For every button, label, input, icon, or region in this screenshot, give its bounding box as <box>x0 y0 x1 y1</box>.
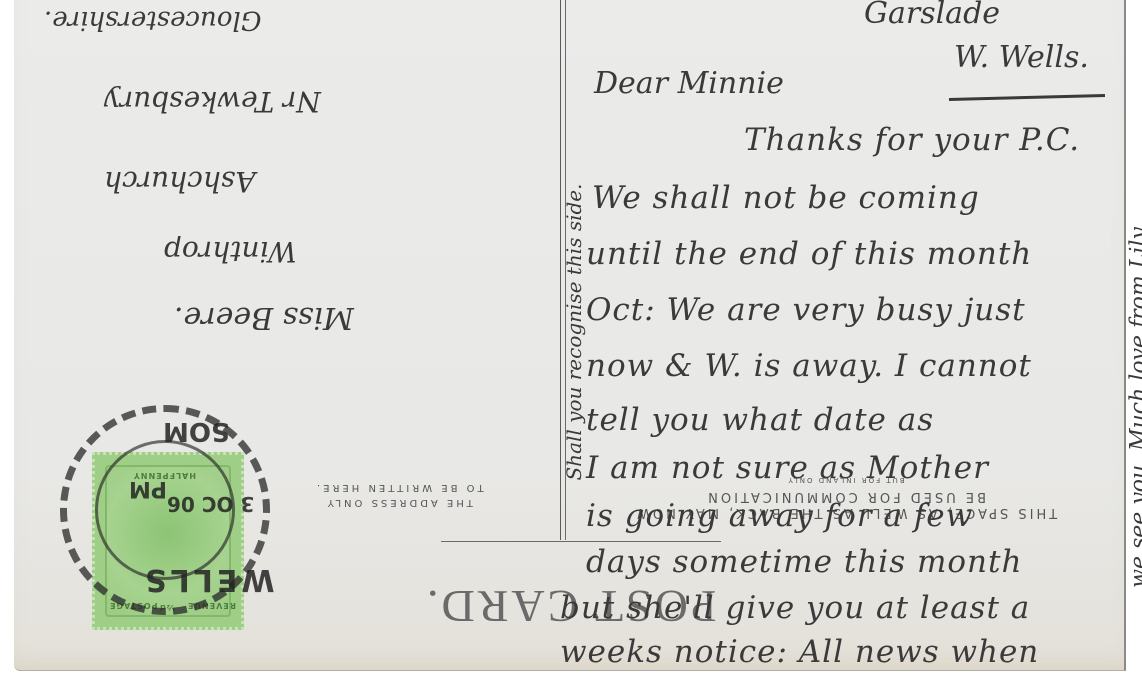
message-line: Oct: We are very busy just <box>586 292 1026 328</box>
address-village: Ashchurch <box>104 165 255 198</box>
message-line: until the end of this month <box>586 236 1032 272</box>
address-town: Nr Tewkesbury <box>104 85 321 118</box>
address-notice-line2: TO BE WRITTEN HERE. <box>314 480 484 495</box>
margin-note-left: Shall you recognise this side. <box>562 72 586 592</box>
sender-place: Garslade <box>864 0 1000 31</box>
sender-underline <box>949 94 1105 101</box>
postmark-time: PM <box>129 476 167 501</box>
address-county: Gloucestershire. <box>44 5 262 35</box>
postmark-town: WELLS <box>141 562 274 597</box>
postmark-date: 3 OC 06 <box>167 492 254 516</box>
address-notice-line1: THE ADDRESS ONLY <box>314 495 484 510</box>
postmark-cancel: WELLS SOM PM 3 OC 06 <box>60 405 270 615</box>
message-line: weeks notice: All news when <box>560 634 1039 670</box>
postcard-back: POST CARD. THE ADDRESS ONLY TO BE WRITTE… <box>14 0 1126 671</box>
message-line: days sometime this month <box>586 544 1022 580</box>
message-line: tell you what date as <box>586 402 934 438</box>
message-line: is going away for a few <box>586 498 973 534</box>
center-divider-line <box>560 0 561 540</box>
message-line: Thanks for your P.C. <box>744 122 1080 158</box>
message-line: I am not sure as Mother <box>586 450 989 486</box>
postmark-county: SOM <box>163 416 230 446</box>
address-recipient: Miss Beere. <box>174 300 354 335</box>
greeting: Dear Minnie <box>594 66 784 101</box>
message-line: We shall not be coming <box>592 180 980 216</box>
address-house: Winthrop <box>164 235 297 268</box>
sender-town: W. Wells. <box>954 40 1089 75</box>
margin-note-right: we see you. Much love from Lily <box>1127 128 1142 688</box>
message-line: but she'll give you at least a <box>560 590 1030 626</box>
message-line: now & W. is away. I cannot <box>586 348 1032 384</box>
address-notice: THE ADDRESS ONLY TO BE WRITTEN HERE. <box>314 480 484 510</box>
